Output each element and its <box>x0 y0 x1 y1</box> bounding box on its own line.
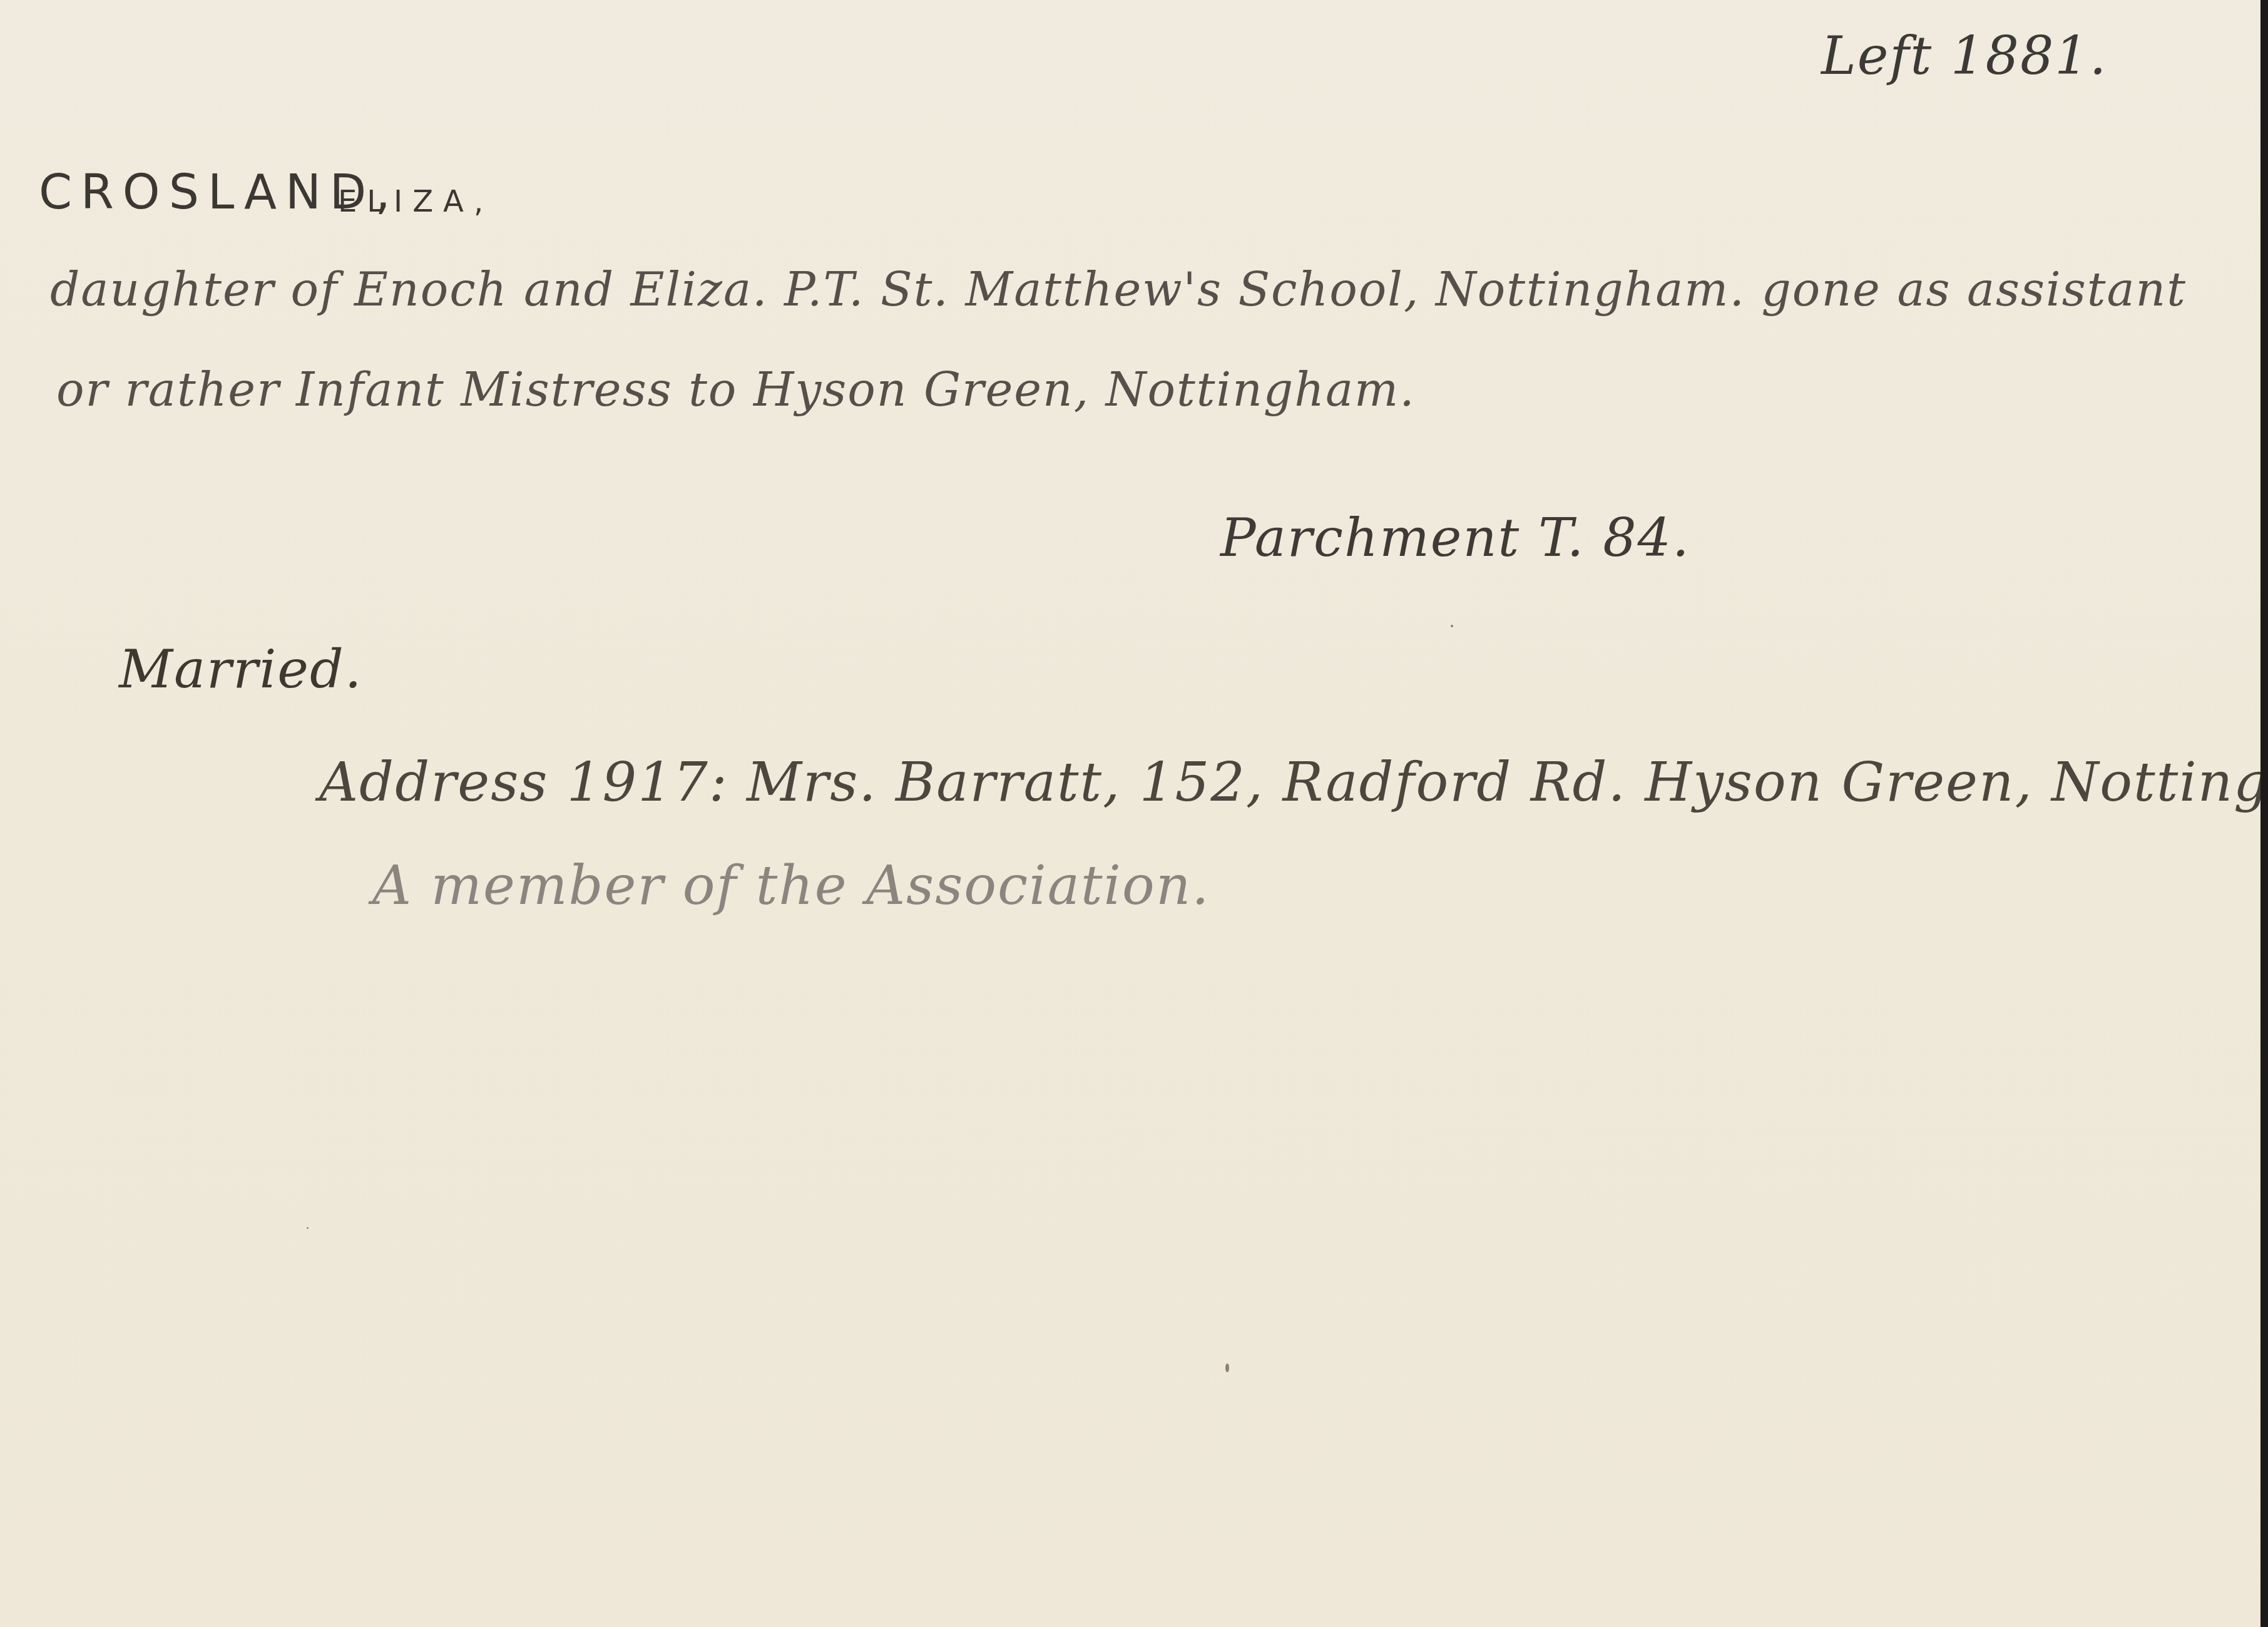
married-note: Married. <box>119 639 362 700</box>
paper-speck <box>1451 625 1453 627</box>
parchment-note: Parchment T. 84. <box>1220 507 1690 568</box>
paper-speck <box>1225 1363 1229 1372</box>
left-date-note: Left 1881. <box>1821 25 2108 86</box>
forename: ELIZA, <box>338 184 493 219</box>
description-line-2: or rather Infant Mistress to Hyson Green… <box>56 363 1416 417</box>
register-card: Left 1881. CROSLAND, ELIZA, daughter of … <box>0 0 2260 1627</box>
scan-border-edge <box>2260 0 2268 1627</box>
membership-note: A member of the Association. <box>372 855 1210 917</box>
description-line-1: daughter of Enoch and Eliza. P.T. St. Ma… <box>50 263 2187 317</box>
paper-speck <box>307 1227 309 1229</box>
address-1917: Address 1917: Mrs. Barratt, 152, Radford… <box>319 751 2268 814</box>
